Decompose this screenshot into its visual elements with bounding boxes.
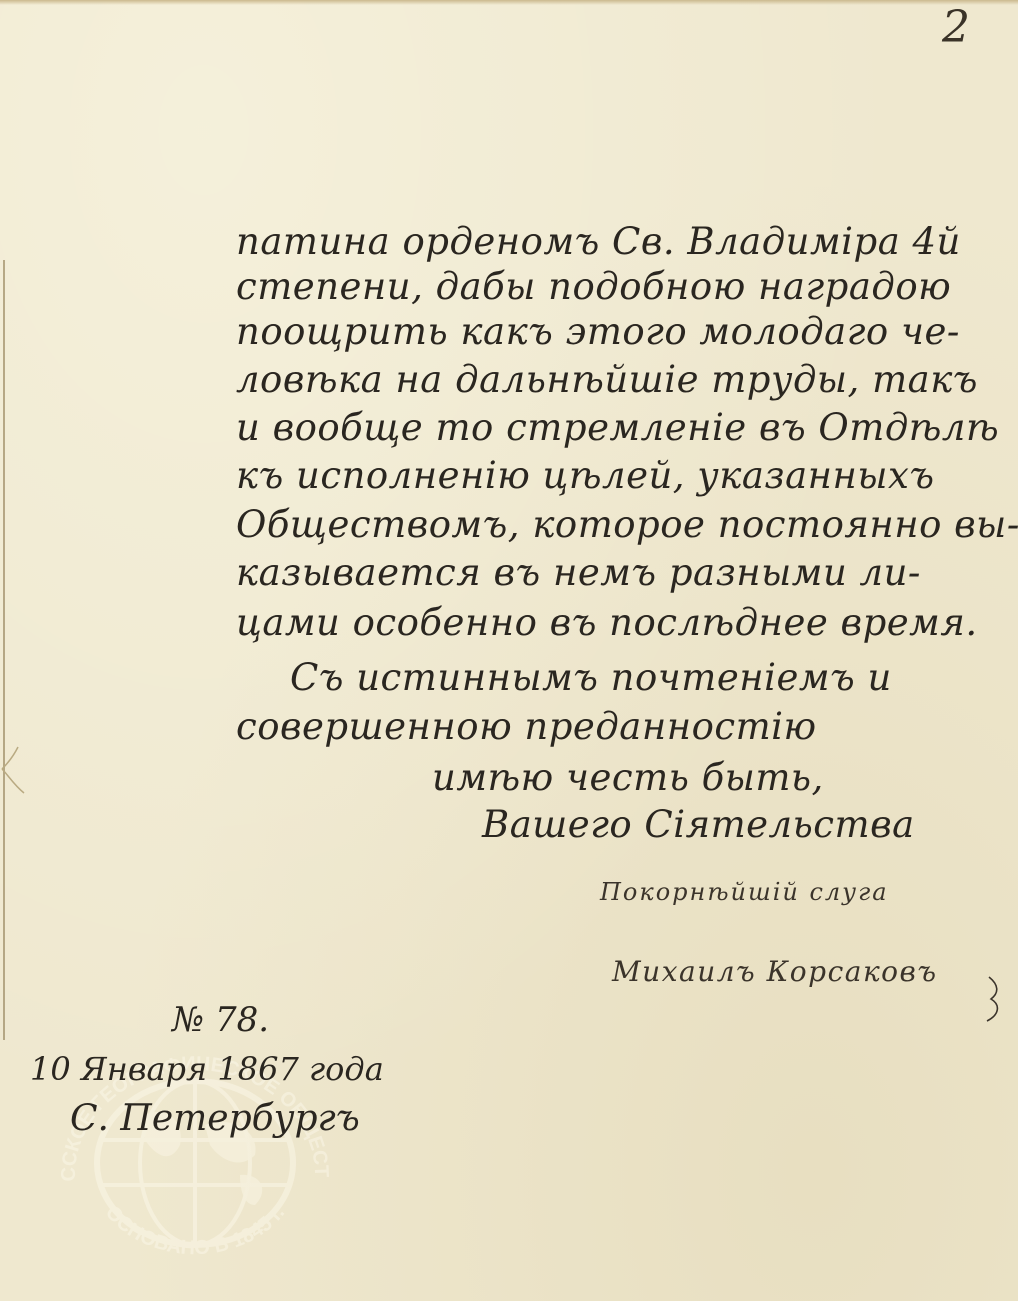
closing-line: Съ истиннымъ почтеніемъ и (290, 658, 892, 698)
registry-place: С. Петербургъ (70, 1098, 360, 1139)
body-line: къ исполненію цѣлей, указанныхъ (236, 456, 935, 496)
body-line: степени, дабы подобною наградою (236, 267, 951, 307)
binding-thread-icon (0, 745, 26, 795)
registry-number: № 78. (172, 1000, 269, 1040)
signature-name: Михаилъ Корсаковъ (612, 955, 937, 988)
letter-page: 2 патина орденомъ Св. Владиміра 4й степе… (0, 0, 1018, 1301)
body-line: поощрить какъ этого молодаго че- (236, 312, 960, 352)
folio-number: 2 (942, 2, 970, 53)
closing-line: Вашего Сіятельства (482, 805, 915, 845)
signature-flourish-icon (985, 975, 1005, 1025)
body-line: казывается въ немъ разными ли- (236, 553, 921, 593)
registry-date: 10 Января 1867 года (30, 1050, 384, 1088)
closing-line: совершенною преданностію (236, 707, 817, 747)
servant-line: Покорнѣйшій слуга (600, 878, 889, 906)
closing-line: имѣю честь быть, (432, 758, 824, 798)
body-line: Обществомъ, которое постоянно вы- (236, 505, 1018, 545)
page-top-edge (0, 0, 1018, 5)
body-line: патина орденомъ Св. Владиміра 4й (236, 222, 961, 262)
body-line: ловѣка на дальнѣйшіе труды, такъ (236, 360, 978, 400)
body-line: и вообще то стремленіе въ Отдѣлѣ (236, 408, 999, 448)
body-line: цами особенно въ послѣднее время. (236, 603, 978, 643)
binding-line (3, 260, 5, 1040)
